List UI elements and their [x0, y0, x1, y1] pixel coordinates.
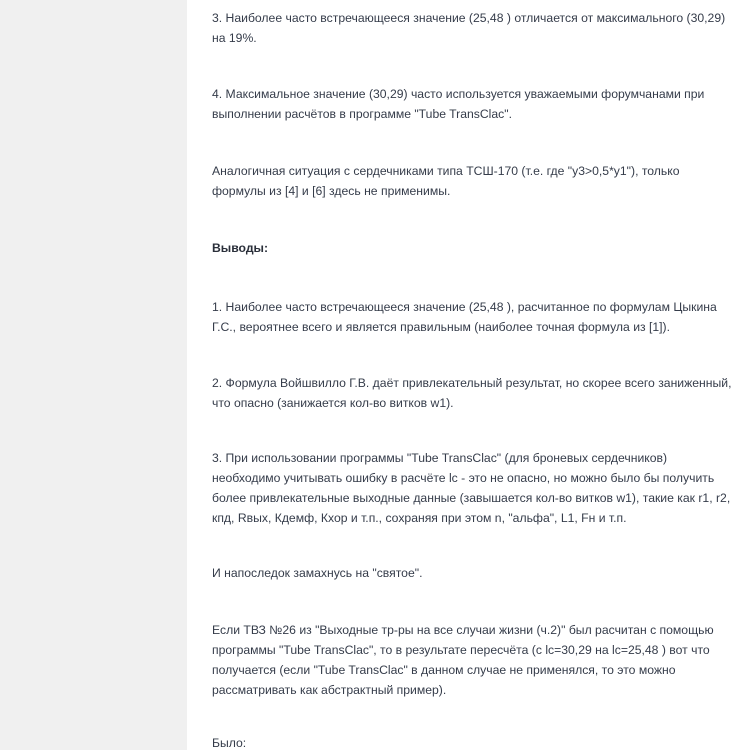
post-content: 3. Наиболее часто встречающееся значение…	[187, 0, 743, 750]
conclusion-2: 2. Формула Войшвилло Г.В. даёт привлекат…	[212, 373, 732, 413]
conclusions-heading: Выводы:	[212, 238, 732, 258]
conclusion-1: 1. Наиболее часто встречающееся значение…	[212, 297, 732, 337]
page: 3. Наиболее часто встречающееся значение…	[0, 0, 743, 750]
paragraph-analogous-situation: Аналогичная ситуация с сердечниками типа…	[212, 161, 732, 201]
paragraph-was-label: Было:	[212, 733, 732, 750]
paragraph-point-4-max-value: 4. Максимальное значение (30,29) часто и…	[212, 84, 732, 124]
left-sidebar-panel	[0, 0, 187, 750]
conclusion-3: 3. При использовании программы "Tube Tra…	[212, 448, 732, 528]
paragraph-tvz-26-example: Если ТВЗ №26 из "Выходные тр-ры на все с…	[212, 620, 732, 700]
paragraph-finally: И напоследок замахнусь на "святое".	[212, 563, 732, 583]
paragraph-point-3-most-frequent-value: 3. Наиболее часто встречающееся значение…	[212, 8, 732, 48]
